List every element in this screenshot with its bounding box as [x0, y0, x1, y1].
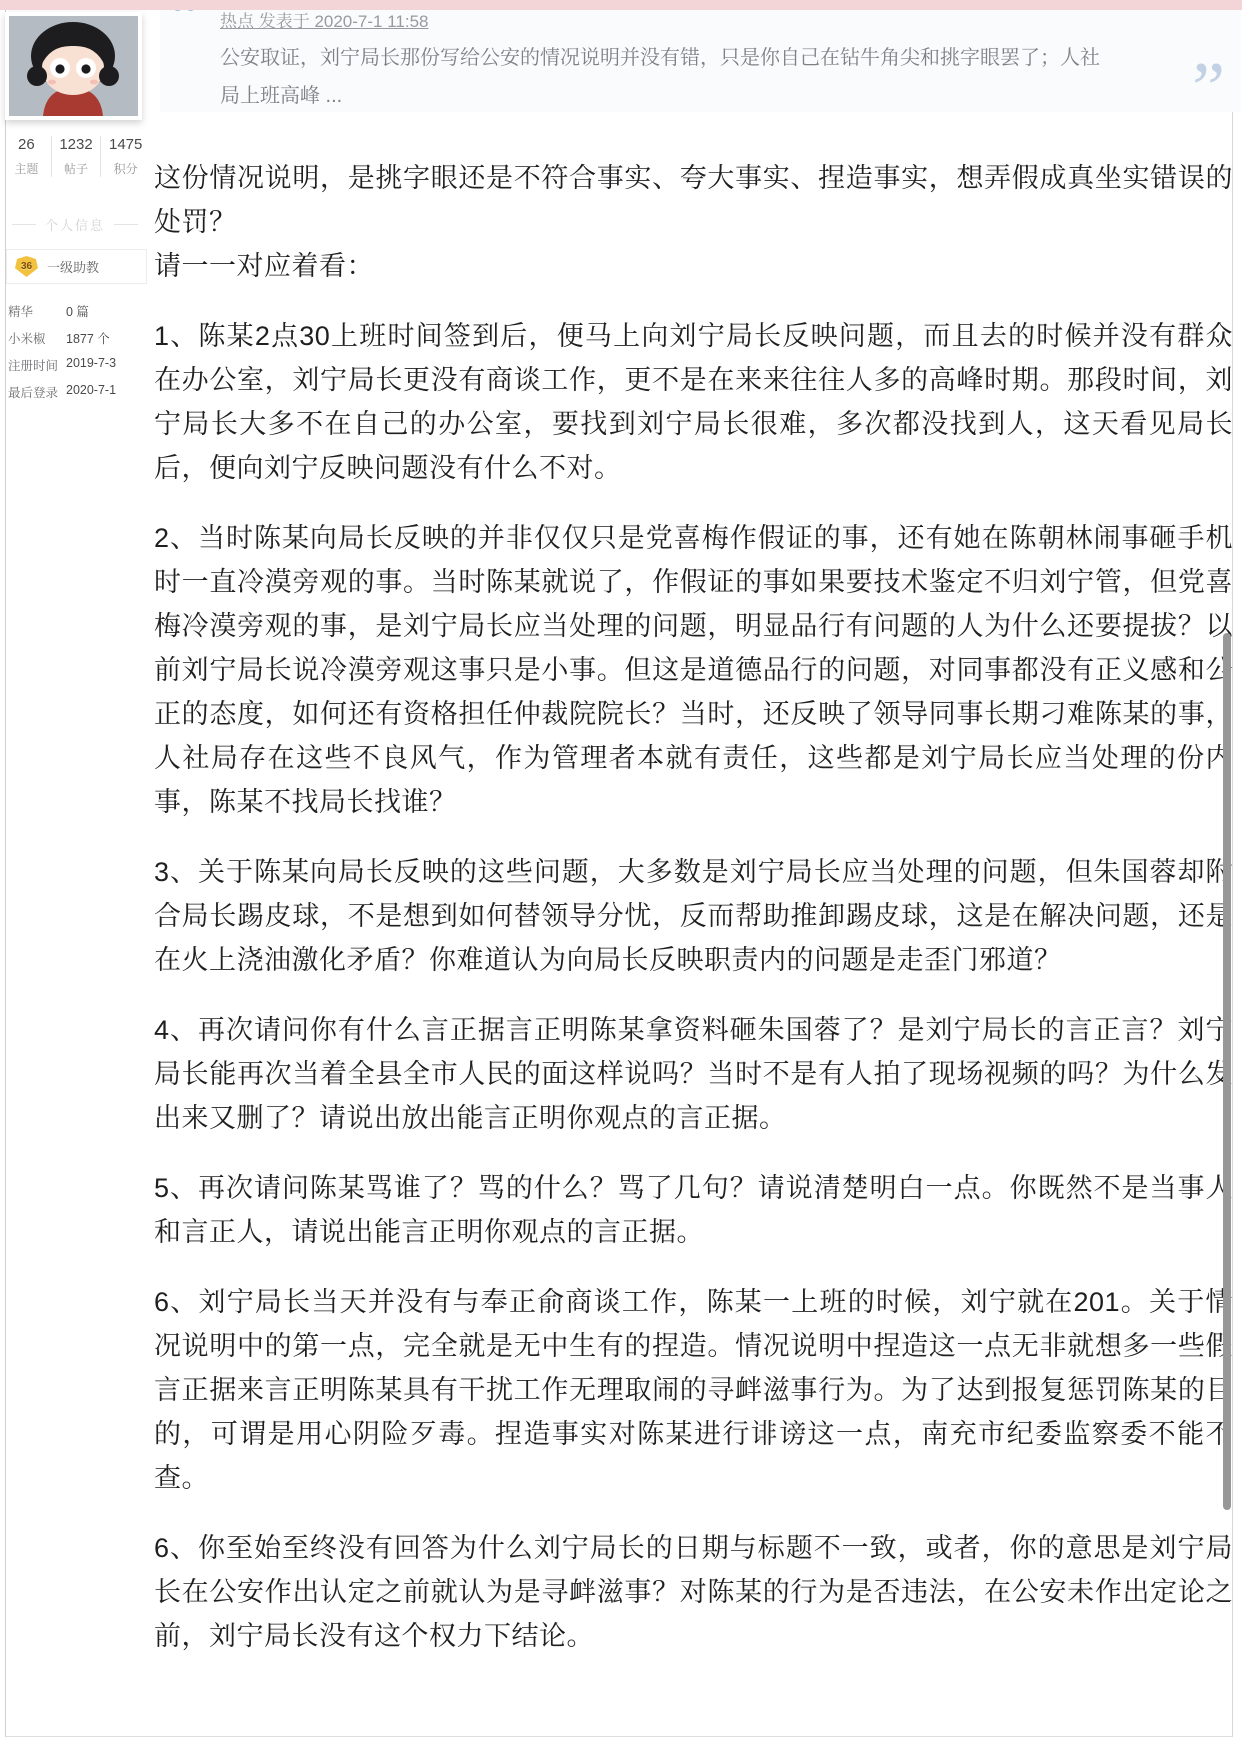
- stat-threads[interactable]: 26 主题: [2, 136, 51, 177]
- top-accent-bar: [0, 0, 1242, 10]
- info-label: 注册时间: [8, 356, 66, 374]
- divider-dash: [114, 224, 138, 225]
- post-paragraph: 5、再次请问陈某骂谁了？骂的什么？骂了几句？请说清楚明白一点。你既然不是当事人和…: [154, 1166, 1233, 1254]
- quoted-reply: “ 热点 发表于 2020-7-1 11:58 公安取证，刘宁局长那份写给公安的…: [160, 10, 1241, 112]
- info-value: 0 篇: [66, 302, 89, 320]
- personal-info-title: 个人信息: [45, 215, 105, 234]
- level-shield-icon: 36: [15, 256, 38, 277]
- author-sidebar: 26 主题 1232 帖子 1475 积分 个人信息 36 一级助教 精华 0 …: [0, 10, 150, 410]
- post-paragraph: 请一一对应着看：: [154, 244, 1233, 288]
- user-level-badge[interactable]: 36 一级助教: [6, 249, 147, 284]
- info-row: 精华 0 篇: [8, 302, 150, 320]
- post-paragraph: 6、你至始至终没有回答为什么刘宁局长的日期与标题不一致，或者，你的意思是刘宁局长…: [154, 1526, 1233, 1658]
- info-row: 最后登录 2020-7-1: [8, 383, 150, 401]
- post-paragraph: 这份情况说明，是挑字眼还是不符合事实、夸大事实、捏造事实，想弄假成真坐实错误的处…: [154, 156, 1233, 244]
- quote-text: 公安取证，刘宁局长那份写给公安的情况说明并没有错，只是你自己在钻牛角尖和挑字眼罢…: [220, 39, 1100, 115]
- stat-value[interactable]: 1475: [103, 136, 148, 153]
- post-paragraph: 2、当时陈某向局长反映的并非仅仅只是党喜梅作假证的事，还有她在陈朝林闹事砸手机时…: [154, 516, 1233, 824]
- info-value: 1877 个: [66, 329, 110, 347]
- post-body: 这份情况说明，是挑字眼还是不符合事实、夸大事实、捏造事实，想弄假成真坐实错误的处…: [154, 156, 1233, 1658]
- avatar[interactable]: [5, 12, 142, 120]
- stat-label: 积分: [103, 160, 148, 177]
- stat-credits[interactable]: 1475 积分: [100, 136, 150, 177]
- divider-dash: [12, 224, 36, 225]
- post-content: “ 热点 发表于 2020-7-1 11:58 公安取证，刘宁局长那份写给公安的…: [150, 10, 1241, 1658]
- info-label: 精华: [8, 302, 66, 320]
- stat-posts[interactable]: 1232 帖子: [51, 136, 101, 177]
- stat-value[interactable]: 1232: [54, 136, 99, 153]
- info-row: 注册时间 2019-7-3: [8, 356, 150, 374]
- post-paragraph: 6、刘宁局长当天并没有与奉正俞商谈工作，陈某一上班的时候，刘宁就在201。关于情…: [154, 1280, 1233, 1500]
- info-label: 最后登录: [8, 383, 66, 401]
- personal-info-header: 个人信息: [0, 215, 150, 234]
- post-paragraph: 1、陈某2点30上班时间签到后，便马上向刘宁局长反映问题，而且去的时候并没有群众…: [154, 314, 1233, 490]
- stat-value[interactable]: 26: [4, 136, 49, 153]
- post-paragraph: 4、再次请问你有什么言正据言正明陈某拿资料砸朱国蓉了？是刘宁局长的言正言？刘宁局…: [154, 1008, 1233, 1140]
- info-value: 2020-7-1: [66, 383, 116, 401]
- stat-label: 帖子: [54, 160, 99, 177]
- scrollbar-thumb[interactable]: [1223, 633, 1231, 1510]
- author-stats: 26 主题 1232 帖子 1475 积分: [2, 136, 150, 177]
- post-paragraph: 3、关于陈某向局长反映的这些问题，大多数是刘宁局长应当处理的问题，但朱国蓉却附合…: [154, 850, 1233, 982]
- info-value: 2019-7-3: [66, 356, 116, 374]
- info-label: 小米椒: [8, 329, 66, 347]
- info-row: 小米椒 1877 个: [8, 329, 150, 347]
- stat-label: 主题: [4, 160, 49, 177]
- close-quote-icon: ”: [1192, 52, 1225, 126]
- quote-header-link[interactable]: 热点 发表于 2020-7-1 11:58: [220, 7, 429, 32]
- avatar-illustration: [9, 16, 138, 116]
- personal-info-list: 精华 0 篇 小米椒 1877 个 注册时间 2019-7-3 最后登录 202…: [8, 302, 150, 401]
- level-label: 一级助教: [47, 257, 99, 276]
